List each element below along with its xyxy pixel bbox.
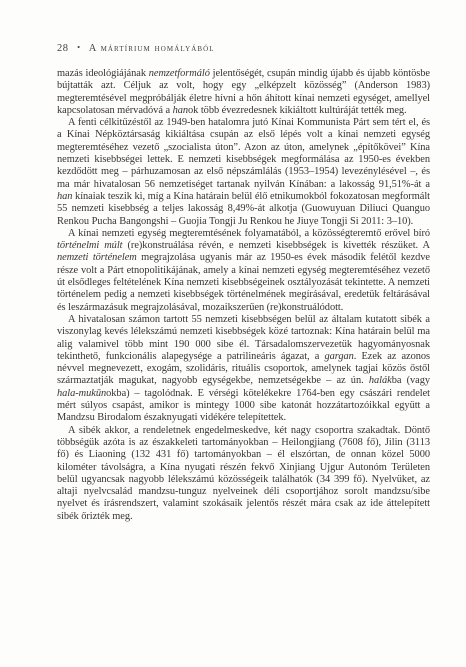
paragraph: A fenti célkitűzéstől az 1949-ben hatalo…: [57, 117, 430, 228]
text-run: kínaiak teszik ki, míg a Kína határain b…: [57, 191, 430, 227]
italic-text: han: [173, 105, 188, 116]
book-title: A mártírium homályából: [89, 43, 215, 54]
text-run: okba) – tagolódnak. E vérségi kötelékekr…: [57, 388, 430, 424]
running-header: 28 • A mártírium homályából: [57, 42, 430, 54]
text-run: (re)konstruálása révén, e nemzeti kisebb…: [123, 240, 431, 251]
page-content: 28 • A mártírium homályából mazás ideoló…: [57, 42, 430, 523]
italic-text: nemzetformáló: [149, 68, 210, 79]
text-run: ba (vagy: [392, 375, 430, 386]
paragraph: A sibék akkor, a rendeletnek engedelmesk…: [57, 425, 430, 523]
text-run: A fenti célkitűzéstől az 1949-ben hatalo…: [57, 117, 430, 189]
paragraph: mazás ideológiájának nemzetformáló jelen…: [57, 68, 430, 117]
paragraph: A hivatalosan számon tartott 55 nemzeti …: [57, 314, 430, 425]
book-page: 28 • A mártírium homályából mazás ideoló…: [0, 0, 466, 667]
page-number: 28: [57, 43, 69, 54]
text-run: mazás ideológiájának: [57, 68, 149, 79]
italic-text: gargan: [324, 351, 353, 362]
text-run: A sibék akkor, a rendeletnek engedelmesk…: [57, 425, 430, 522]
header-bullet-icon: •: [77, 42, 80, 52]
page-body: mazás ideológiájának nemzetformáló jelen…: [57, 68, 430, 523]
italic-text: nemzeti történelem: [57, 252, 137, 263]
italic-text: hala-mukūn: [57, 388, 106, 399]
text-run: ok több évezredesnek kikiáltott kultúráj…: [188, 105, 407, 116]
italic-text: halák: [369, 375, 392, 386]
italic-text: történelmi múlt: [57, 240, 123, 251]
italic-text: han: [57, 191, 72, 202]
text-run: A kínai nemzeti egység megteremtésének f…: [68, 228, 430, 239]
paragraph: A kínai nemzeti egység megteremtésének f…: [57, 228, 430, 314]
